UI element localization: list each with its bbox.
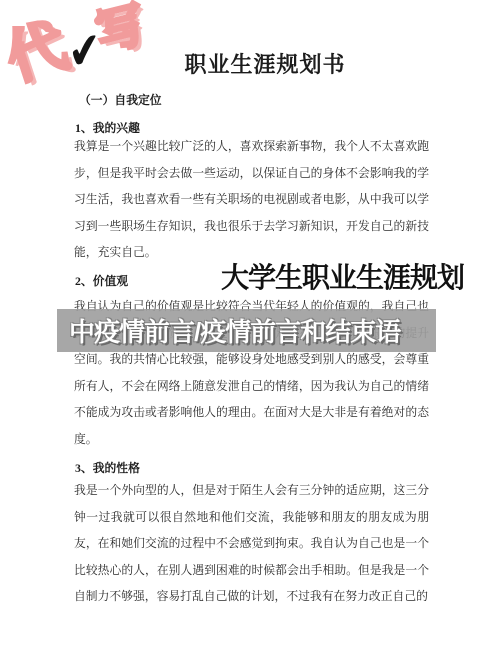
section-heading: （一）自我定位 bbox=[79, 91, 162, 108]
caption-banner: 中疫情前言/疫情前言和结束语 bbox=[57, 309, 436, 352]
document-page: 代 ✔ 写 职业生涯规划书 （一）自我定位 1、我的兴趣 我算是一个兴趣比较广泛… bbox=[0, 0, 500, 660]
paragraph-personality: 我是一个外向型的人，但是对于陌生人会有三分钟的适应期，这三分钟一过我就可以很自然… bbox=[74, 477, 429, 610]
caption-banner-text: 中疫情前言/疫情前言和结束语 bbox=[57, 312, 400, 349]
document-title: 职业生涯规划书 bbox=[150, 48, 380, 79]
subheading-personality: 3、我的性格 bbox=[75, 459, 140, 476]
subheading-values: 2、价值观 bbox=[75, 272, 128, 289]
paragraph-interest: 我算是一个兴趣比较广泛的人，喜欢探索新事物，我个人不太喜欢跑步，但是我平时会去做… bbox=[74, 133, 429, 266]
logo-char-dai: 代 bbox=[0, 16, 73, 89]
logo-char-xie: 写 bbox=[92, 1, 150, 59]
watermark-title: 大学生职业生涯规划 bbox=[221, 256, 464, 296]
